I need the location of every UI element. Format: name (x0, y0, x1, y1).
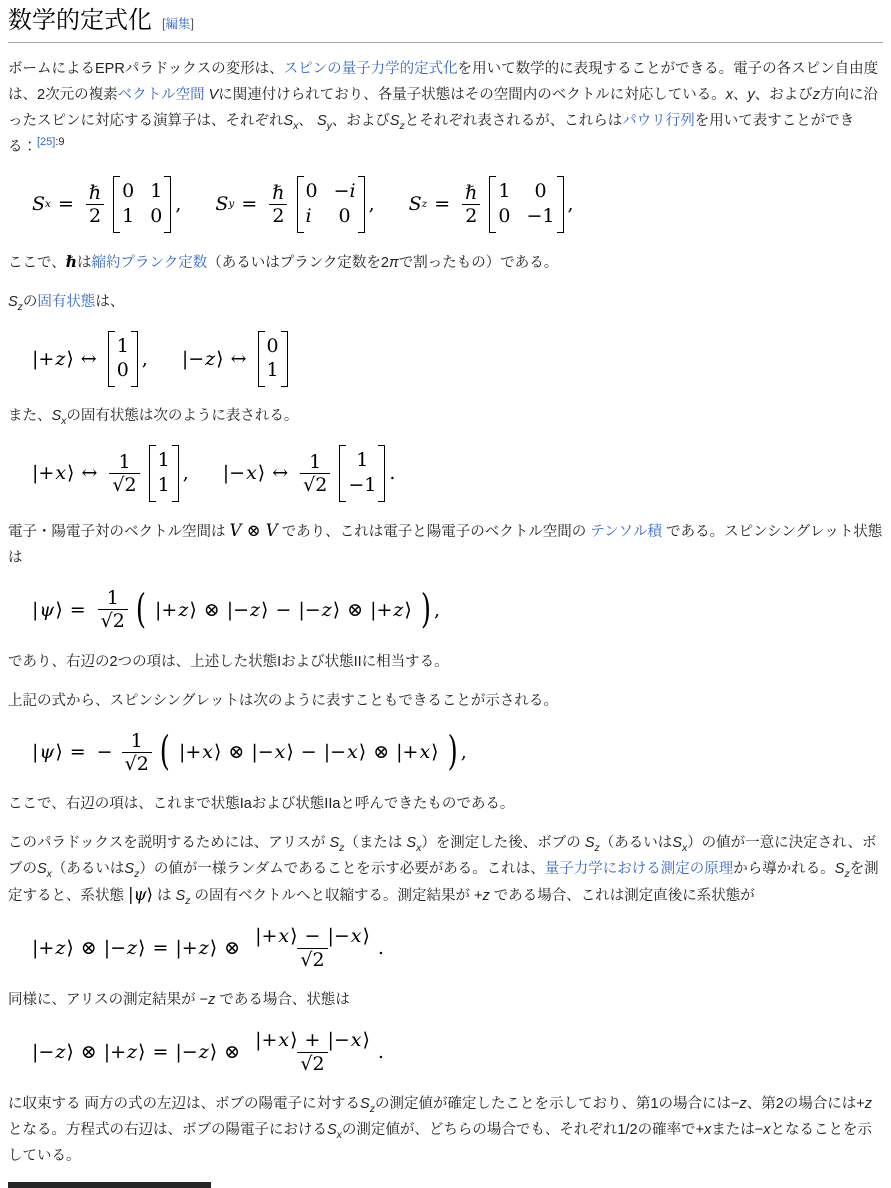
link-spin-formulation[interactable]: スピンの量子力学的定式化 (284, 61, 458, 77)
math-token: |ψ⟩ (32, 597, 63, 623)
text-span: または− (711, 1122, 763, 1138)
math-token: z (250, 599, 260, 621)
edit-link[interactable]: 編集 (165, 17, 190, 31)
text-span: の (23, 294, 38, 310)
math-token: 1 (104, 587, 122, 609)
math-token: ⟩ (138, 937, 145, 959)
math-token: z (422, 198, 428, 210)
math-token: ) (421, 589, 431, 629)
math-token: √2 (109, 473, 139, 496)
math-token: 1 (158, 474, 170, 498)
text-span: 、 (298, 113, 317, 129)
math-token: √2 (98, 609, 128, 632)
math-token: |+x⟩+|−x⟩ (252, 1029, 373, 1051)
math-token: ⟩ (214, 741, 221, 763)
math-token: | (32, 599, 38, 621)
math-token: √ (300, 1053, 312, 1075)
math-token: − (334, 1029, 350, 1051)
text-span: 上記の式から、スピンシングレットは次のように表すこともできることが示される。 (8, 693, 558, 709)
math-token: 0 (122, 180, 134, 204)
text-span: に関連付けられており、各量子状態はその空間内のベクトルに対応している。 (218, 87, 726, 103)
math-token: ↔ (272, 460, 288, 486)
math-token: 1√2 (109, 451, 139, 497)
math-token: −1 (526, 205, 554, 229)
matrix-xplus: 11 (149, 445, 179, 502)
text-span: z (865, 1096, 872, 1112)
math-token: ψ (39, 741, 54, 763)
math-token: 1 (498, 180, 510, 204)
math-token: √ (303, 474, 315, 496)
math-token: ↔ (81, 460, 97, 486)
math-token: |+x⟩−|−x⟩ √2 (252, 925, 373, 971)
math-token: |−z⟩ (32, 1039, 74, 1065)
text-span: である場合、状態は (215, 992, 350, 1008)
link-eigenstate[interactable]: 固有状態 (37, 294, 95, 310)
math-token: 2 (137, 752, 149, 775)
math-token: | (32, 741, 38, 763)
text-span: z (739, 1096, 746, 1112)
math-token: z (205, 348, 215, 370)
math-token: 2 (86, 204, 104, 227)
math-token: 0 (334, 205, 356, 229)
math-token: ⊗ (373, 739, 389, 765)
math-token: √2 (297, 1052, 327, 1075)
math-token: √ (300, 949, 312, 971)
math-token: ⊗ (224, 1039, 240, 1065)
math-token: 1 (158, 449, 170, 473)
math-token: − (275, 597, 291, 623)
math-token: 1 (306, 451, 324, 473)
math-token: − (38, 1041, 54, 1063)
math-token: + (110, 1041, 126, 1063)
math-token: |−z⟩ (227, 597, 269, 623)
math-token: |−x⟩ (327, 925, 369, 947)
text-span: 電子・陽電子対のベクトル空間は (8, 524, 230, 540)
math-token: √2 (297, 948, 327, 971)
paragraph-conclusion: に収束する 両方の式の左辺は、ボブの陽電子に対するSzの測定値が確定したことを示… (8, 1091, 883, 1169)
math-token: 1 (267, 359, 279, 383)
math-token: 0 (306, 180, 318, 204)
math-token: − (110, 937, 126, 959)
math-token: = (152, 935, 168, 961)
math-token: z (199, 1041, 209, 1063)
text-span: S (329, 835, 339, 851)
text-span: ここで、 (8, 255, 66, 271)
section-heading: 数学的定式化[編集] (8, 6, 883, 43)
math-token: + (182, 937, 198, 959)
math-token: ψ (39, 599, 54, 621)
link-pauli-matrices[interactable]: パウリ行列 (622, 113, 695, 129)
math-token: x (347, 741, 358, 763)
text-span: S (672, 835, 682, 851)
math-token: 1 (117, 335, 129, 359)
math-token: . (378, 1039, 384, 1065)
text-span: z (813, 87, 820, 103)
text-span: z (483, 888, 490, 904)
text-span: このパラドックスを説明するためには、アリスが (8, 835, 329, 851)
text-span: に収束する 両方の式の左辺は、ボブの陽電子に対する (8, 1096, 360, 1112)
text-span: 同様に、アリスの測定結果が − (8, 992, 208, 1008)
math-token: − (305, 925, 321, 947)
math-token: ⟩ (67, 462, 74, 484)
math-token: |+x⟩ (255, 1029, 297, 1051)
paragraph-tensor: 電子・陽電子対のベクトル空間は V ⊗ V であり、これは電子と陽電子のベクトル… (8, 518, 883, 571)
math-token: ℏ (86, 182, 104, 204)
text-span: ] (191, 17, 194, 31)
math-token: 0 (498, 205, 510, 229)
text-span: V (209, 87, 219, 103)
math-token: ⟩ (210, 1041, 217, 1063)
text-span: S (124, 861, 134, 877)
math-token: x (202, 741, 213, 763)
matrix-xminus: 1−1 (339, 445, 385, 502)
formula-collapse-plus-z: |+z⟩ ⊗ |−z⟩ = |+z⟩ ⊗ |+x⟩−|−x⟩ √2 . (32, 925, 883, 971)
math-token: 2 (313, 948, 325, 971)
math-token: |+z⟩ (175, 935, 217, 961)
text-span: は (77, 255, 92, 271)
formula-singlet-x: |ψ⟩ = − 1√2 ( |+x⟩ ⊗ |−x⟩ − |−x⟩ ⊗ |+x⟩ … (32, 730, 883, 776)
math-token: ℏ (269, 182, 287, 204)
math-token: ⟩ (189, 599, 196, 621)
math-token: x (45, 198, 51, 210)
paragraph-alt-form: 上記の式から、スピンシングレットは次のように表すこともできることが示される。 (8, 688, 883, 714)
math-token: ⟩ (138, 1041, 145, 1063)
math-token: x (278, 1029, 289, 1051)
math-token: x (275, 741, 286, 763)
text-span: （あるいは (600, 835, 673, 851)
math-token: V (266, 521, 278, 540)
text-span: ここで、右辺の項は、これまで状態Iaおよび状態IIaと呼んできたものである。 (8, 796, 514, 812)
math-token: ⟩ (55, 741, 62, 763)
math-token: ℏ2 (462, 182, 480, 228)
math-token: , (461, 739, 467, 765)
math-token: 1√2 (98, 587, 128, 633)
text-span: 、第2の場合には+ (747, 1096, 865, 1112)
v-otimes-v: V ⊗ V (230, 521, 278, 540)
math-token: √ (112, 474, 124, 496)
math-token: = (241, 191, 257, 217)
matrix-sy: 0−ii0 (297, 176, 365, 233)
text-span: の測定値が確定したことを示しており、第1の場合には− (375, 1096, 740, 1112)
math-token: y (228, 198, 234, 210)
math-token: |−x⟩ (324, 739, 366, 765)
math-token: − (258, 741, 274, 763)
math-token: , (175, 191, 181, 217)
math-token: x (278, 925, 289, 947)
math-token: ⟩ (210, 937, 217, 959)
math-token: |−z⟩ (298, 597, 340, 623)
math-token: 2 (269, 204, 287, 227)
math-token: . (378, 935, 384, 961)
math-token: √ (101, 610, 113, 632)
math-token: −i (334, 180, 356, 204)
math-token: , (434, 597, 440, 623)
text-span: の固有ベクトルへと収縮する。測定結果が + (190, 888, 482, 904)
math-token: ⊗ (81, 1039, 97, 1065)
math-token: z (55, 348, 65, 370)
math-token: 0 (526, 180, 554, 204)
link-reduced-planck[interactable]: 縮約プランク定数 (92, 255, 208, 271)
math-token: z (127, 1041, 137, 1063)
math-token: ⊗ (347, 597, 363, 623)
math-token: −1 (348, 474, 376, 498)
math-token: z (55, 937, 65, 959)
math-token: x (55, 462, 66, 484)
math-token: z (393, 599, 403, 621)
paragraph-states-i-ii: であり、右辺の2つの項は、上述した状態Iおよび状態IIに相当する。 (8, 649, 883, 675)
math-token: = (152, 1039, 168, 1065)
text-span: は (153, 888, 176, 904)
math-token: ⟩ (66, 1041, 73, 1063)
text-span: から導かれる。 (733, 861, 835, 877)
math-token: 2 (315, 473, 327, 496)
math-token: 1 (115, 451, 133, 473)
text-span: （あるいは (52, 861, 125, 877)
math-token: − (97, 739, 113, 765)
math-token: ⟩ (286, 741, 293, 763)
math-token: 0 (267, 335, 279, 359)
math-token: ⟩ (431, 741, 438, 763)
text-span: また、 (8, 408, 52, 424)
paragraph-sz-eigenstates: Szの固有状態は、 (8, 289, 883, 315)
math-token: ) (448, 732, 458, 772)
math-token: |−x⟩ (251, 739, 293, 765)
math-token: √ (125, 753, 137, 775)
paragraph-measurement: このパラドックスを説明するためには、アリスが Sz（または Sx）を測定した後、… (8, 830, 883, 909)
math-token: ⟩ (363, 925, 370, 947)
math-token: z (322, 599, 332, 621)
math-token: ↔ (81, 346, 97, 372)
math-token: ⟩ (290, 1029, 297, 1051)
paragraph-states-ia-iia: ここで、右辺の項は、これまで状態Iaおよび状態IIaと呼んできたものである。 (8, 791, 883, 817)
text-span: である場合、これは測定直後に系状態が (490, 888, 755, 904)
math-token: + (38, 937, 54, 959)
text-span: ）の値が一様ランダムであることを示す必要がある。これは、 (139, 861, 544, 877)
math-token: |+z⟩ (32, 935, 74, 961)
math-token: − (330, 741, 346, 763)
math-token: ℏ2 (269, 182, 287, 228)
math-token: ⟩ (290, 925, 297, 947)
math-token: |+x⟩ (179, 739, 221, 765)
ref-25-link[interactable]: [25] (37, 136, 55, 148)
math-token: √2 (300, 473, 330, 496)
math-token: z (178, 599, 188, 621)
text-span: であり、これは電子と陽電子のベクトル空間の (278, 524, 591, 540)
math-token: = (70, 739, 86, 765)
math-token: ⊗ (81, 935, 97, 961)
math-token: z (55, 1041, 65, 1063)
math-token: ⊗ (247, 521, 261, 540)
formula-x-eigenstates: |+x⟩ ↔ 1√2 11 , |−x⟩ ↔ 1√2 1−1 . (32, 445, 883, 502)
text-span: で割ったもの）である。 (399, 255, 559, 271)
text-span: y (748, 87, 755, 103)
text-span: S (835, 861, 845, 877)
math-token: |ψ⟩ (32, 739, 63, 765)
math-token: ⟩ (363, 1029, 370, 1051)
math-token: 2 (313, 1052, 325, 1075)
text-span: は、 (95, 294, 124, 310)
math-token: |−x⟩ (327, 1029, 369, 1051)
math-token: ⟩ (55, 599, 62, 621)
text-span: S (176, 888, 186, 904)
text-span: S (360, 1096, 370, 1112)
math-token: |−z⟩ (104, 935, 146, 961)
paragraph-minus-z-case: 同様に、アリスの測定結果が −z である場合、状態は (8, 987, 883, 1013)
math-token: = (70, 597, 86, 623)
text-span: S (585, 835, 595, 851)
paragraph-sx-eigenstates: また、Sxの固有状態は次のように表される。 (8, 403, 883, 429)
link-vector-space[interactable]: ベクトル空間 (118, 87, 205, 103)
text-span: 、および (755, 87, 813, 103)
math-token: |−z⟩ (175, 1039, 217, 1065)
formula-pauli-matrices: Sx = ℏ2 0110 , Sy = ℏ2 0−ii0 , Sz = ℏ2 1… (32, 176, 883, 233)
math-token: − (301, 739, 317, 765)
math-token: − (182, 1041, 198, 1063)
math-token: ⊗ (204, 597, 220, 623)
math-token: + (403, 741, 419, 763)
math-token: |+z⟩ (370, 597, 412, 623)
hbar-symbol: ℏ (66, 252, 77, 271)
text-span: S (37, 861, 47, 877)
matrix-zminus: 01 (258, 331, 288, 388)
text-span: :9 (55, 136, 64, 148)
math-token: ⟩ (261, 599, 268, 621)
math-token: ⟩ (404, 599, 411, 621)
math-token: ℏ (462, 182, 480, 204)
math-token: ⟩ (66, 348, 73, 370)
math-token: ⟩ (359, 741, 366, 763)
text-span: であり、右辺の2つの項は、上述した状態Iおよび状態IIに相当する。 (8, 654, 449, 670)
text-span: x (726, 87, 733, 103)
math-token: |+x⟩−|−x⟩ (252, 925, 373, 947)
next-section-cutoff (8, 1182, 211, 1188)
formula-z-eigenstates: |+z⟩ ↔ 10 , |−z⟩ ↔ 01 (32, 331, 883, 388)
math-token: S (409, 191, 422, 217)
math-token: ( (160, 732, 170, 772)
ket-plus-x: |+x⟩ (32, 460, 74, 486)
text-span: 、および (332, 113, 390, 129)
text-span: （あるいはプランク定数を2 (207, 255, 389, 271)
math-token: ⟩ (66, 937, 73, 959)
math-token: + (376, 599, 392, 621)
math-token: x (246, 462, 257, 484)
math-token: , (142, 346, 148, 372)
text-span: ）を測定した後、ボブの (421, 835, 585, 851)
link-measurement-principle[interactable]: 量子力学における測定の原理 (545, 861, 734, 877)
math-token: 0 (117, 359, 129, 383)
math-token: 1√2 (122, 730, 152, 776)
text-span: の測定値が、どちらの場合でも、それぞれ1/2の確率で+ (342, 1122, 704, 1138)
math-token: i (306, 205, 318, 229)
math-token: . (389, 460, 395, 486)
math-token: z (199, 937, 209, 959)
math-token: + (305, 1029, 321, 1051)
link-tensor-product[interactable]: テンソル積 (590, 524, 662, 540)
page-title: 数学的定式化 (8, 8, 152, 34)
math-token: |+z⟩ (104, 1039, 146, 1065)
math-token: 1 (128, 730, 146, 752)
math-token: ⊗ (224, 935, 240, 961)
math-token: + (261, 1029, 277, 1051)
math-token: 2 (462, 204, 480, 227)
math-token: S (215, 191, 228, 217)
math-token: 1 (122, 205, 134, 229)
math-token: − (229, 462, 245, 484)
math-token: |+z⟩ (155, 597, 197, 623)
text-span: S (406, 835, 416, 851)
text-span: ボームによるEPRパラドックスの変形は、 (8, 61, 284, 77)
text-span: とそれぞれ表されるが、これらは (405, 113, 623, 129)
math-token: ψ (134, 885, 147, 904)
matrix-sx: 0110 (113, 176, 171, 233)
text-span: S (52, 408, 62, 424)
inline-ket-psi: |ψ⟩ (128, 885, 153, 904)
matrix-zplus: 10 (108, 331, 138, 388)
math-token: = (58, 191, 74, 217)
math-token: 0 (150, 205, 162, 229)
math-token: 1 (150, 180, 162, 204)
math-token: √2 (122, 752, 152, 775)
math-token: − (188, 348, 204, 370)
math-token: ( (136, 589, 146, 629)
math-token: 2 (113, 609, 125, 632)
text-span: x (763, 1122, 770, 1138)
math-token: S (32, 191, 45, 217)
text-span: の固有状態は次のように表される。 (66, 408, 298, 424)
math-token: 2 (125, 473, 137, 496)
math-token: , (369, 191, 375, 217)
math-token: ⟩ (216, 348, 223, 370)
text-span: π (389, 255, 399, 271)
math-token: , (568, 191, 574, 217)
math-token: |+x⟩+|−x⟩ √2 (252, 1029, 373, 1075)
math-token: x (351, 1029, 362, 1051)
paragraph-hbar: ここで、ℏは縮約プランク定数（あるいはプランク定数を2πで割ったもの）である。 (8, 249, 883, 276)
formula-singlet-z: |ψ⟩ = 1√2 ( |+z⟩ ⊗ |−z⟩ − |−z⟩ ⊗ |+z⟩ ), (32, 587, 883, 633)
math-token: − (334, 925, 350, 947)
text-span: S (317, 113, 327, 129)
text-span: S (390, 113, 400, 129)
math-token: z (127, 937, 137, 959)
math-token: |+x⟩ (255, 925, 297, 947)
math-token: x (419, 741, 430, 763)
ket-minus-x: |−x⟩ (223, 460, 265, 486)
text-span: （または (344, 835, 406, 851)
text-span: となる。方程式の右辺は、ボブの陽電子における (8, 1122, 327, 1138)
edit-section: [編集] (162, 17, 194, 31)
text-span: S (8, 294, 18, 310)
math-token: + (185, 741, 201, 763)
math-token: 1 (348, 449, 376, 473)
math-token: x (351, 925, 362, 947)
math-token: V (230, 521, 242, 540)
math-token: − (233, 599, 249, 621)
math-token: ℏ2 (86, 182, 104, 228)
article-section: 数学的定式化[編集] ボームによるEPRパラドックスの変形は、スピンの量子力学的… (0, 0, 891, 1188)
math-token: + (38, 462, 54, 484)
math-token: − (305, 599, 321, 621)
math-token: , (183, 460, 189, 486)
math-token: + (261, 925, 277, 947)
text-span: S (327, 1122, 337, 1138)
formula-collapse-minus-z: |−z⟩ ⊗ |+z⟩ = |−z⟩ ⊗ |+x⟩+|−x⟩ √2 . (32, 1029, 883, 1075)
math-token: 1√2 (300, 451, 330, 497)
matrix-sz: 100−1 (489, 176, 563, 233)
math-token: + (161, 599, 177, 621)
math-token: |+x⟩ (396, 739, 438, 765)
math-token: ⟩ (333, 599, 340, 621)
math-token: = (434, 191, 450, 217)
